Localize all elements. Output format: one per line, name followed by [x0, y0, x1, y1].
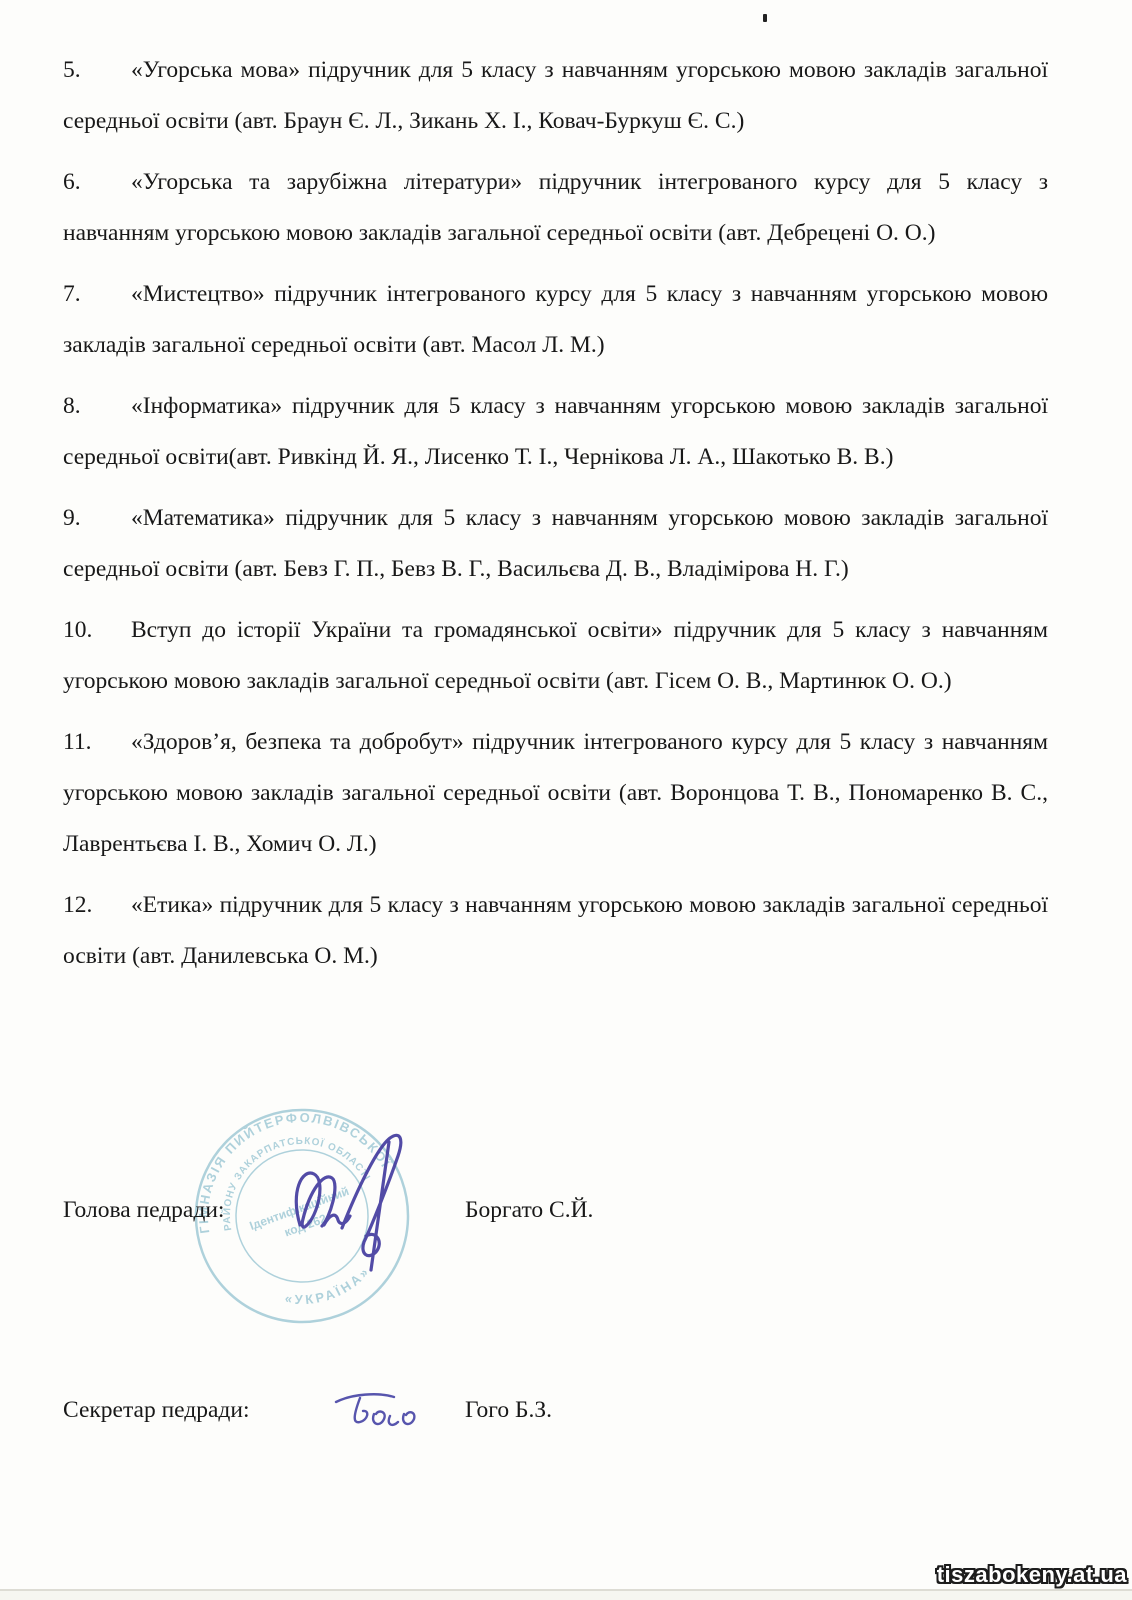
scan-artifact-speck	[763, 14, 767, 22]
item-text: «Здоров’я, безпека та добробут» підручни…	[63, 729, 1048, 857]
item-text: «Угорська та зарубіжна літератури» підру…	[63, 169, 1048, 246]
site-watermark: tiszabokeny.at.ua	[937, 1562, 1127, 1588]
item-text: «Етика» підручник для 5 класу з навчання…	[63, 892, 1048, 969]
item-number: 10.	[63, 605, 131, 656]
item-number: 9.	[63, 493, 131, 544]
list-item: 9.«Математика» підручник для 5 класу з н…	[63, 493, 1048, 595]
item-number: 7.	[63, 269, 131, 320]
item-text: «Мистецтво» підручник інтегрованого курс…	[63, 281, 1048, 358]
secretary-signature-label: Секретар педради:	[63, 1396, 250, 1424]
list-item: 11.«Здоров’я, безпека та добробут» підру…	[63, 717, 1048, 870]
list-item: 12.«Етика» підручник для 5 класу з навча…	[63, 880, 1048, 982]
item-number: 11.	[63, 717, 131, 768]
textbook-list: 5.«Угорська мова» підручник для 5 класу …	[63, 45, 1048, 992]
item-text: «Інформатика» підручник для 5 класу з на…	[63, 393, 1048, 470]
item-number: 8.	[63, 381, 131, 432]
item-text: «Математика» підручник для 5 класу з нав…	[63, 505, 1048, 582]
scan-edge-strip	[0, 1591, 1132, 1600]
item-number: 5.	[63, 45, 131, 96]
list-item: 7.«Мистецтво» підручник інтегрованого ку…	[63, 269, 1048, 371]
head-signature-label: Голова педради:	[63, 1196, 224, 1224]
list-item: 5.«Угорська мова» підручник для 5 класу …	[63, 45, 1048, 147]
list-item: 10.Вступ до історії України та громадянс…	[63, 605, 1048, 707]
list-item: 6.«Угорська та зарубіжна літератури» під…	[63, 157, 1048, 259]
item-text: «Угорська мова» підручник для 5 класу з …	[63, 57, 1048, 134]
list-item: 8.«Інформатика» підручник для 5 класу з …	[63, 381, 1048, 483]
signature-ink-head	[272, 1130, 432, 1280]
signature-ink-secretary	[330, 1388, 430, 1436]
item-text: Вступ до історії України та громадянсько…	[63, 617, 1048, 694]
item-number: 6.	[63, 157, 131, 208]
secretary-signature-name: Гого Б.З.	[465, 1396, 552, 1424]
item-number: 12.	[63, 880, 131, 931]
head-signature-name: Боргато С.Й.	[465, 1196, 593, 1224]
